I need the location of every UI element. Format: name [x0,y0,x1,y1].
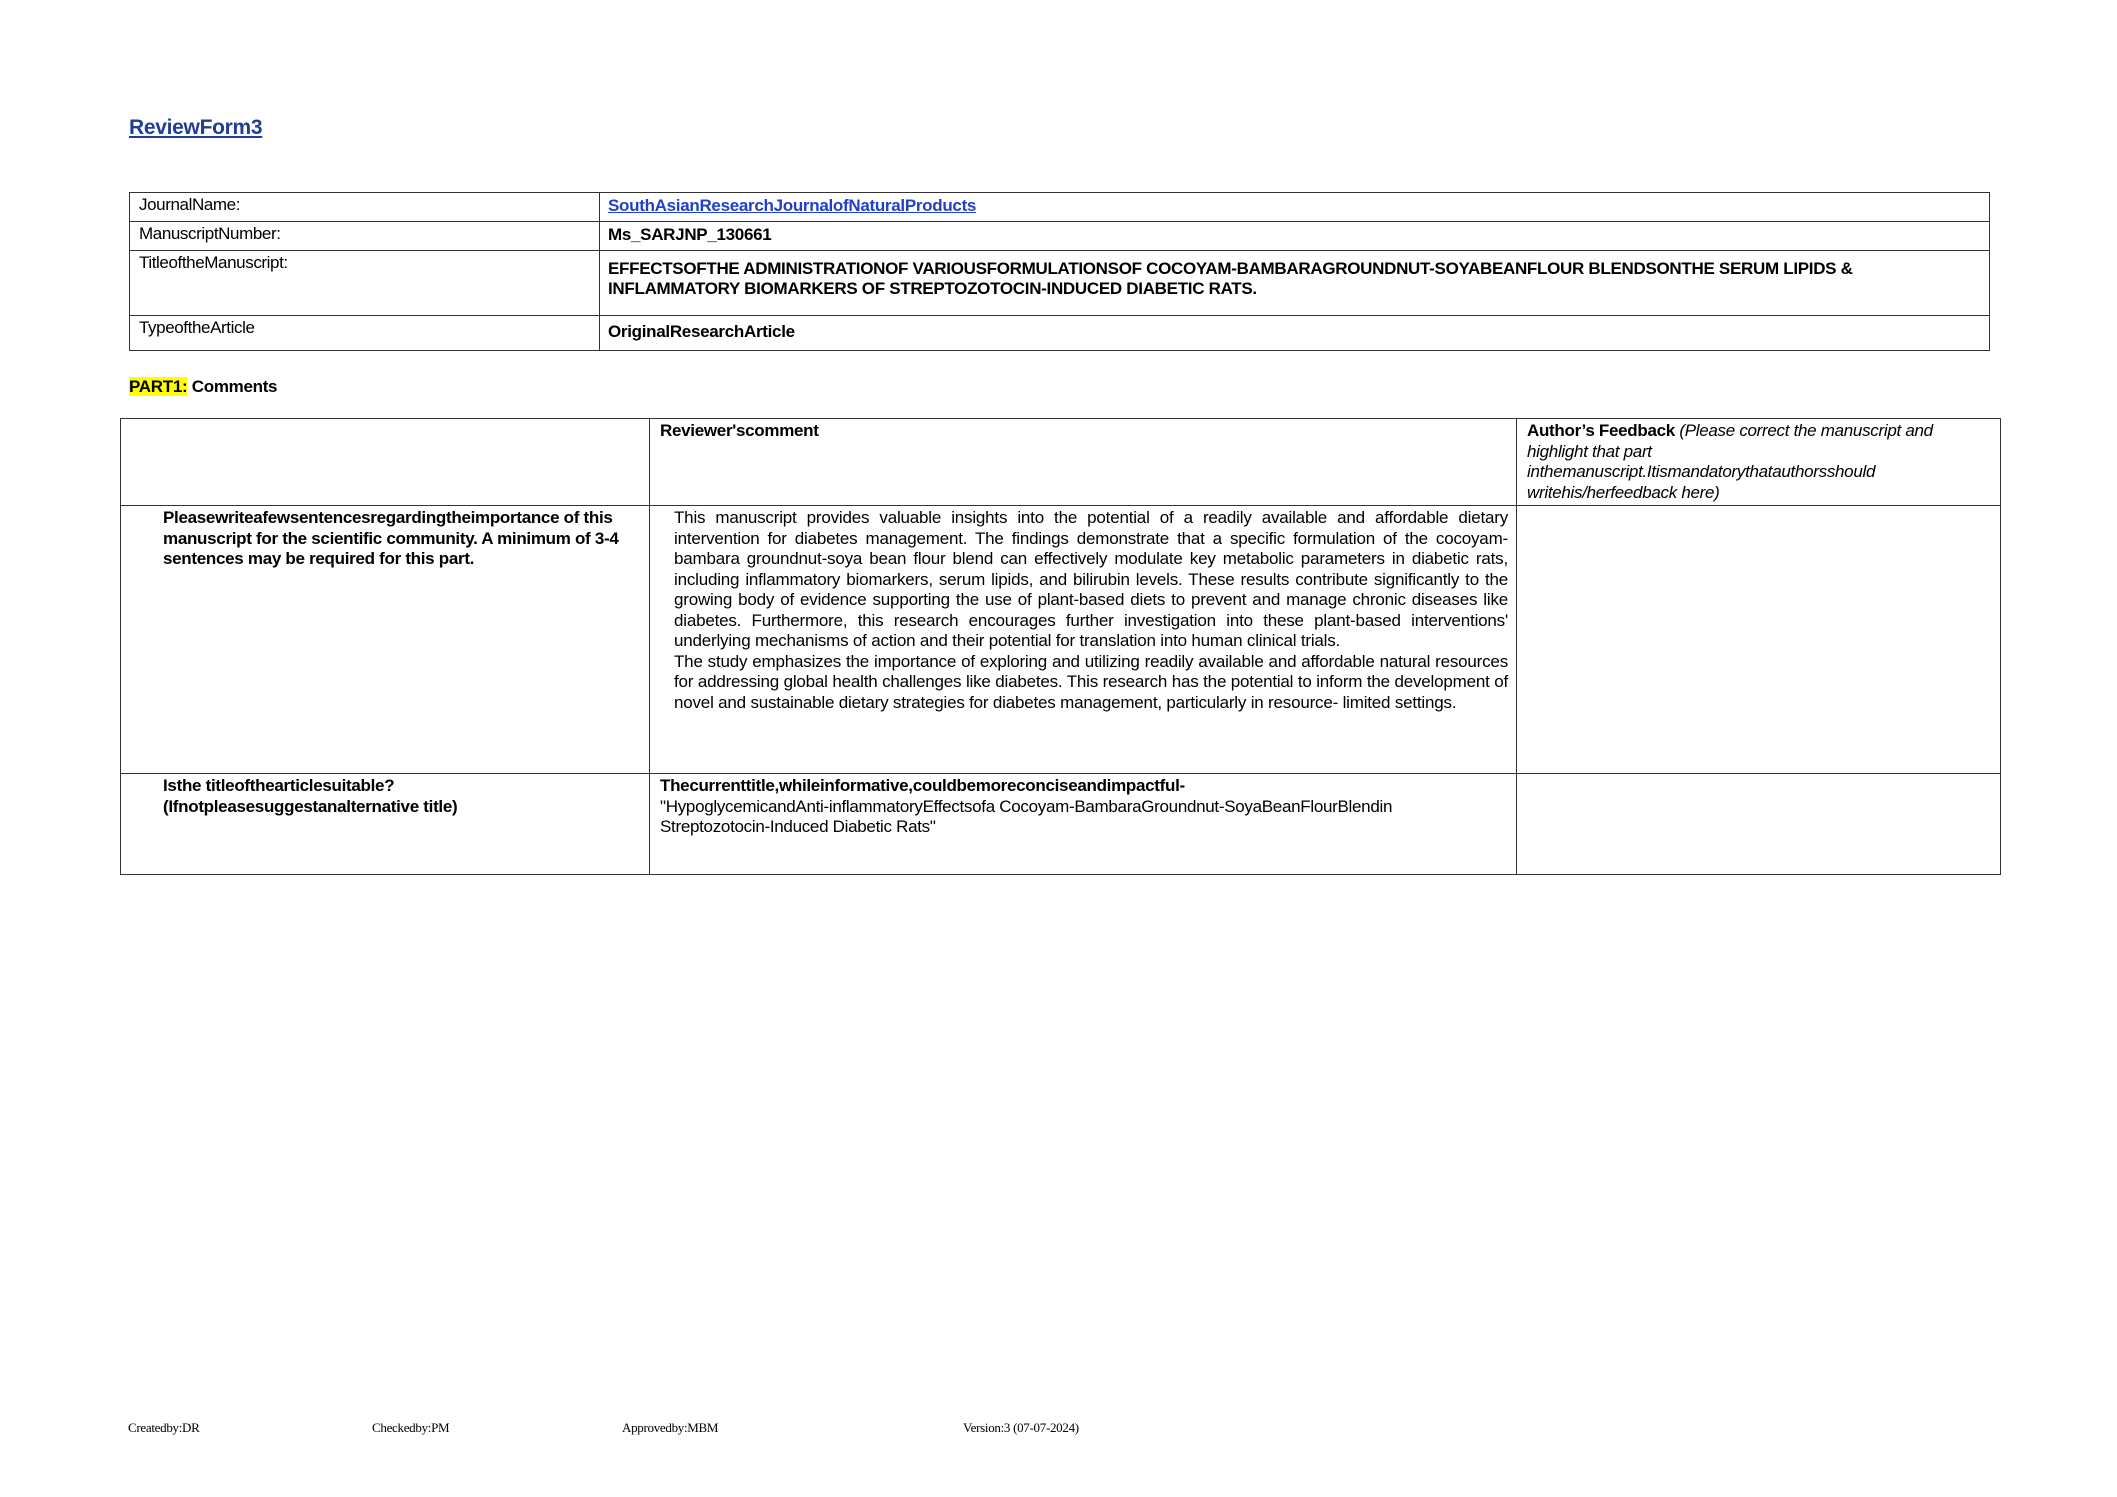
manuscript-number-value: Ms_SARJNP_130661 [600,222,1990,251]
comments-table: Reviewer'scomment Author’s Feedback (Ple… [120,418,2001,875]
part1-title: Comments [187,377,277,396]
table-row: Pleasewriteafewsentencesregardingtheimpo… [121,506,2001,774]
journal-name-link[interactable]: SouthAsianResearchJournalofNaturalProduc… [608,196,976,215]
reviewer-comment-importance[interactable]: This manuscript provides valuable insigh… [650,506,1517,774]
form-title[interactable]: ReviewForm3 [129,116,262,140]
manuscript-number-row: ManuscriptNumber: Ms_SARJNP_130661 [130,222,1990,251]
manuscript-info-table: JournalName: SouthAsianResearchJournalof… [129,192,1990,351]
part1-heading: PART1: Comments [129,377,277,397]
comment-lead: Thecurrenttitle,whileinformative,couldbe… [660,776,1506,797]
author-feedback-importance[interactable] [1517,506,2001,774]
reviewer-comment-header: Reviewer'scomment [650,419,1517,506]
journal-name-row: JournalName: SouthAsianResearchJournalof… [130,193,1990,222]
footer-version: Version:3 (07-07-2024) [963,1420,1079,1436]
footer-checked-by: Checkedby:PM [372,1420,449,1436]
table-row: Isthe titleofthearticlesuitable? (Ifnotp… [121,774,2001,875]
comment-paragraph: The study emphasizes the importance of e… [674,652,1508,714]
question-importance: Pleasewriteafewsentencesregardingtheimpo… [121,506,650,774]
question-title-suitable: Isthe titleofthearticlesuitable? (Ifnotp… [121,774,650,875]
journal-name-label: JournalName: [130,193,600,222]
empty-header-cell [121,419,650,506]
question-line: (Ifnotpleasesuggestanalternative title) [163,797,639,818]
reviewer-comment-title[interactable]: Thecurrenttitle,whileinformative,couldbe… [650,774,1517,875]
manuscript-title-label: TitleoftheManuscript: [130,251,600,316]
article-type-value: OriginalResearchArticle [600,316,1990,351]
article-type-label: TypeoftheArticle [130,316,600,351]
manuscript-title-value: EFFECTSOFTHE ADMINISTRATIONOF VARIOUSFOR… [600,251,1990,316]
footer-created-by: Createdby:DR [128,1420,200,1436]
manuscript-number-label: ManuscriptNumber: [130,222,600,251]
footer-approved-by: Approvedby:MBM [622,1420,718,1436]
comment-suggested-title: "HypoglycemicandAnti-inflammatoryEffects… [660,797,1392,837]
author-feedback-title-cell[interactable] [1517,774,2001,875]
comments-header-row: Reviewer'scomment Author’s Feedback (Ple… [121,419,2001,506]
article-type-row: TypeoftheArticle OriginalResearchArticle [130,316,1990,351]
part1-label: PART1: [129,377,187,396]
comment-paragraph: This manuscript provides valuable insigh… [674,508,1508,652]
manuscript-title-row: TitleoftheManuscript: EFFECTSOFTHE ADMIN… [130,251,1990,316]
author-feedback-title: Author’s Feedback [1527,421,1675,440]
journal-name-value: SouthAsianResearchJournalofNaturalProduc… [600,193,1990,222]
author-feedback-header: Author’s Feedback (Please correct the ma… [1517,419,2001,506]
question-line: Isthe titleofthearticlesuitable? [163,776,639,797]
